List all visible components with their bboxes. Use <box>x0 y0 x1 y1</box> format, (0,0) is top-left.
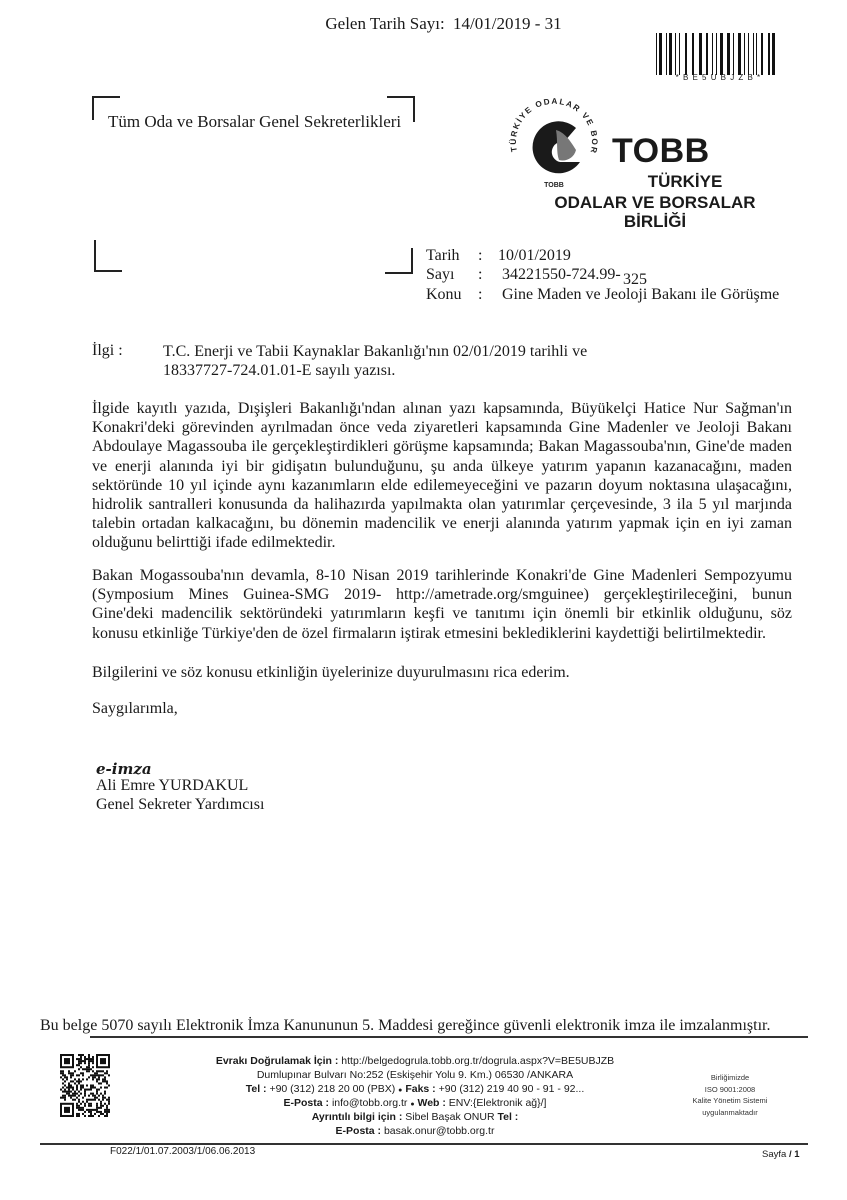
page-number: Sayfa / 1 <box>762 1149 800 1160</box>
footer-contact-email-line: E-Posta : basak.onur@tobb.org.tr <box>190 1125 640 1138</box>
iso-notice: Birliğimizde ISO 9001:2008 Kalite Yöneti… <box>660 1072 800 1118</box>
logo-line-3: BİRLİĞİ <box>553 212 757 232</box>
bullet-icon: ● <box>410 1101 414 1108</box>
number-label: Sayı <box>426 266 478 284</box>
logo-line-2: ODALAR VE BORSALAR <box>553 193 757 213</box>
email-label: E-Posta : <box>284 1097 330 1109</box>
footer-email-line: E-Posta : info@tobb.org.tr ● Web : ENV:{… <box>190 1097 640 1111</box>
date-separator: : <box>478 247 498 265</box>
contact-email[interactable]: basak.onur@tobb.org.tr <box>384 1125 494 1137</box>
body-paragraph-2: Bakan Mogassouba'nın devamla, 8-10 Nisan… <box>92 566 792 643</box>
number-separator: : <box>478 266 498 284</box>
svg-text:TOBB: TOBB <box>544 182 564 189</box>
contact-name: Sibel Başak ONUR <box>405 1111 494 1123</box>
tobb-emblem-icon: TÜRKİYE ODALAR VE BORSALAR BİRLİĞİ TOBB <box>504 92 604 192</box>
e-signature-label: e-imza <box>96 760 152 778</box>
body-paragraph-1: İlgide kayıtlı yazıda, Dışişleri Bakanlı… <box>92 399 792 553</box>
footer-verify-line: Evrakı Doğrulamak İçin : http://belgedog… <box>190 1055 640 1068</box>
meta-subject: Konu : Gine Maden ve Jeoloji Bakanı ile … <box>426 286 779 304</box>
subject-separator: : <box>478 286 498 304</box>
footer-address: Dumlupınar Bulvarı No:252 (Eskişehir Yol… <box>190 1069 640 1082</box>
logo-line-1: TÜRKİYE <box>620 172 750 192</box>
reference-label: İlgi : <box>92 342 123 360</box>
legal-divider <box>90 1036 808 1038</box>
signer-name: Ali Emre YURDAKUL <box>96 777 248 795</box>
legal-notice: Bu belge 5070 sayılı Elektronik İmza Kan… <box>40 1017 770 1035</box>
incoming-date-stamp: Gelen Tarih Sayı: 14/01/2019 - 31 <box>0 14 847 34</box>
meta-date: Tarih : 10/01/2019 <box>426 247 571 265</box>
body-paragraph-3: Bilgilerini ve söz konusu etkinliğin üye… <box>92 663 792 682</box>
footer-divider <box>40 1143 808 1145</box>
subject-label: Konu <box>426 286 478 304</box>
subject-value: Gine Maden ve Jeoloji Bakanı ile Görüşme <box>502 286 779 304</box>
iso-line: Birliğimizde <box>660 1072 800 1084</box>
tel-label: Tel : <box>246 1083 267 1095</box>
fax-label: Faks : <box>405 1083 435 1095</box>
signer-title: Genel Sekreter Yardımcısı <box>96 796 264 814</box>
address-corner-bottom-right <box>385 248 413 274</box>
iso-line: Kalite Yönetim Sistemi <box>660 1095 800 1107</box>
date-value: 10/01/2019 <box>498 247 571 265</box>
form-code: F022/1/01.07.2003/1/06.06.2013 <box>110 1146 255 1157</box>
web-value: ENV:{Elektronik ağ}/] <box>449 1097 547 1109</box>
iso-line: uygulanmaktadır <box>660 1107 800 1119</box>
contact-label: Ayrıntılı bilgi için : <box>312 1111 403 1123</box>
contact-tel-label: Tel : <box>497 1111 518 1123</box>
iso-line: ISO 9001:2008 <box>660 1084 800 1096</box>
bullet-icon: ● <box>398 1087 402 1094</box>
contact-email-label: E-Posta : <box>336 1125 382 1137</box>
page-label: Sayfa <box>762 1149 786 1160</box>
email-value[interactable]: info@tobb.org.tr <box>332 1097 407 1109</box>
verify-label: Evrakı Doğrulamak İçin : <box>216 1055 339 1067</box>
barcode-text: *BE5UBJZB* <box>650 73 790 82</box>
recipient: Tüm Oda ve Borsalar Genel Sekreterlikler… <box>108 112 401 132</box>
address-corner-bottom-left <box>94 240 122 272</box>
verify-url[interactable]: http://belgedogrula.tobb.org.tr/dogrula.… <box>341 1055 614 1067</box>
footer-contact-line: Ayrıntılı bilgi için : Sibel Başak ONUR … <box>190 1111 640 1124</box>
barcode <box>656 33 778 75</box>
number-value: 34221550-724.99- <box>502 266 621 284</box>
qr-code-icon[interactable] <box>60 1054 110 1117</box>
tel-value: +90 (312) 218 20 00 (PBX) <box>269 1083 395 1095</box>
reference-text: T.C. Enerji ve Tabii Kaynaklar Bakanlığı… <box>163 342 643 380</box>
logo-wordmark: TOBB <box>612 132 710 171</box>
incoming-value: 14/01/2019 - 31 <box>453 14 562 33</box>
closing: Saygılarımla, <box>92 700 178 718</box>
web-label: Web : <box>417 1097 445 1109</box>
fax-value: +90 (312) 219 40 90 - 91 - 92... <box>439 1083 585 1095</box>
footer-phone-line: Tel : +90 (312) 218 20 00 (PBX) ● Faks :… <box>190 1083 640 1097</box>
page-value: / 1 <box>789 1149 800 1160</box>
date-label: Tarih <box>426 247 478 265</box>
incoming-label: Gelen Tarih Sayı: <box>325 14 444 33</box>
meta-number: Sayı : 34221550-724.99- <box>426 266 621 284</box>
